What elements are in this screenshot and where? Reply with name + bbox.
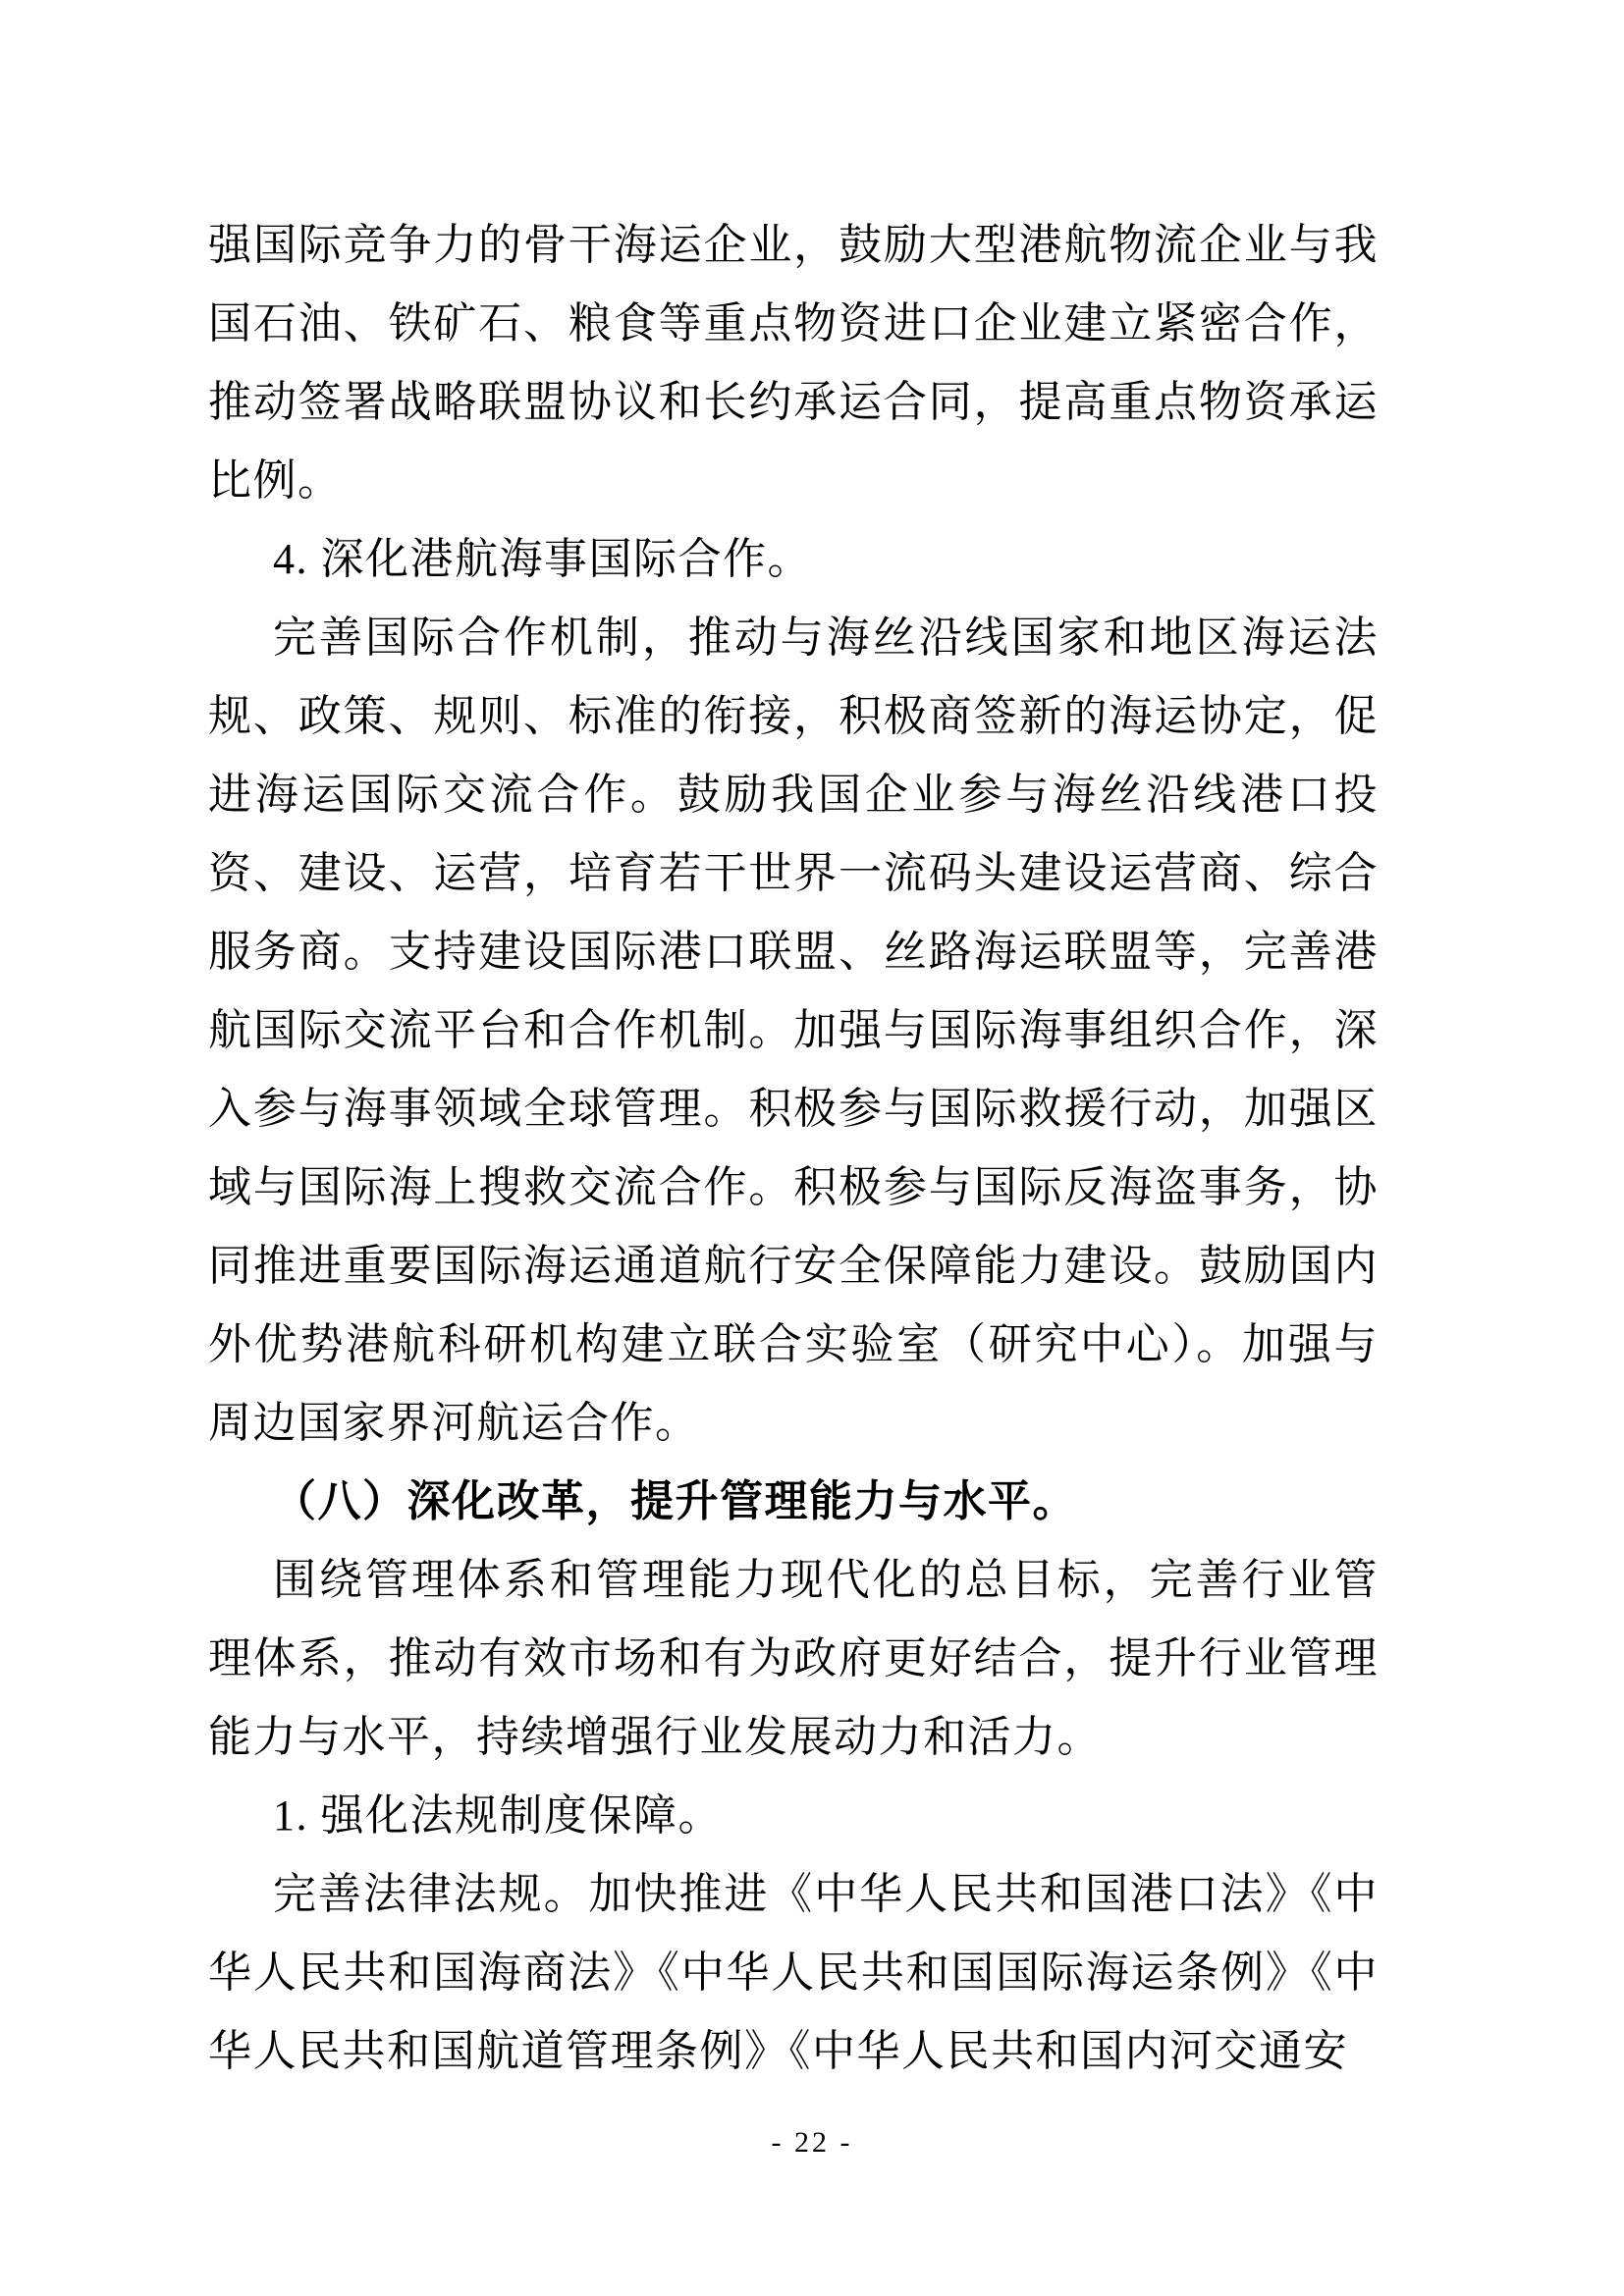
numbered-heading-1: 1. 强化法规制度保障。	[208, 1777, 1379, 1855]
page-number: - 22 -	[0, 2126, 1624, 2160]
paragraph-laws-regulations: 完善法律法规。加快推进《中华人民共和国港口法》《中华人民共和国海商法》《中华人民…	[208, 1855, 1379, 2091]
paragraph-international-cooperation: 完善国际合作机制，推动与海丝沿线国家和地区海运法规、政策、规则、标准的衔接，积极…	[208, 599, 1379, 1463]
document-body: 强国际竞争力的骨干海运企业，鼓励大型港航物流企业与我国石油、铁矿石、粮食等重点物…	[208, 206, 1379, 2091]
numbered-heading-4: 4. 深化港航海事国际合作。	[208, 520, 1379, 599]
paragraph-continuation: 强国际竞争力的骨干海运企业，鼓励大型港航物流企业与我国石油、铁矿石、粮食等重点物…	[208, 206, 1379, 520]
section-heading-eight: （八）深化改革，提升管理能力与水平。	[208, 1463, 1379, 1541]
paragraph-management-goal: 围绕管理体系和管理能力现代化的总目标，完善行业管理体系，推动有效市场和有为政府更…	[208, 1541, 1379, 1777]
document-page: 强国际竞争力的骨干海运企业，鼓励大型港航物流企业与我国石油、铁矿石、粮食等重点物…	[0, 0, 1624, 2296]
